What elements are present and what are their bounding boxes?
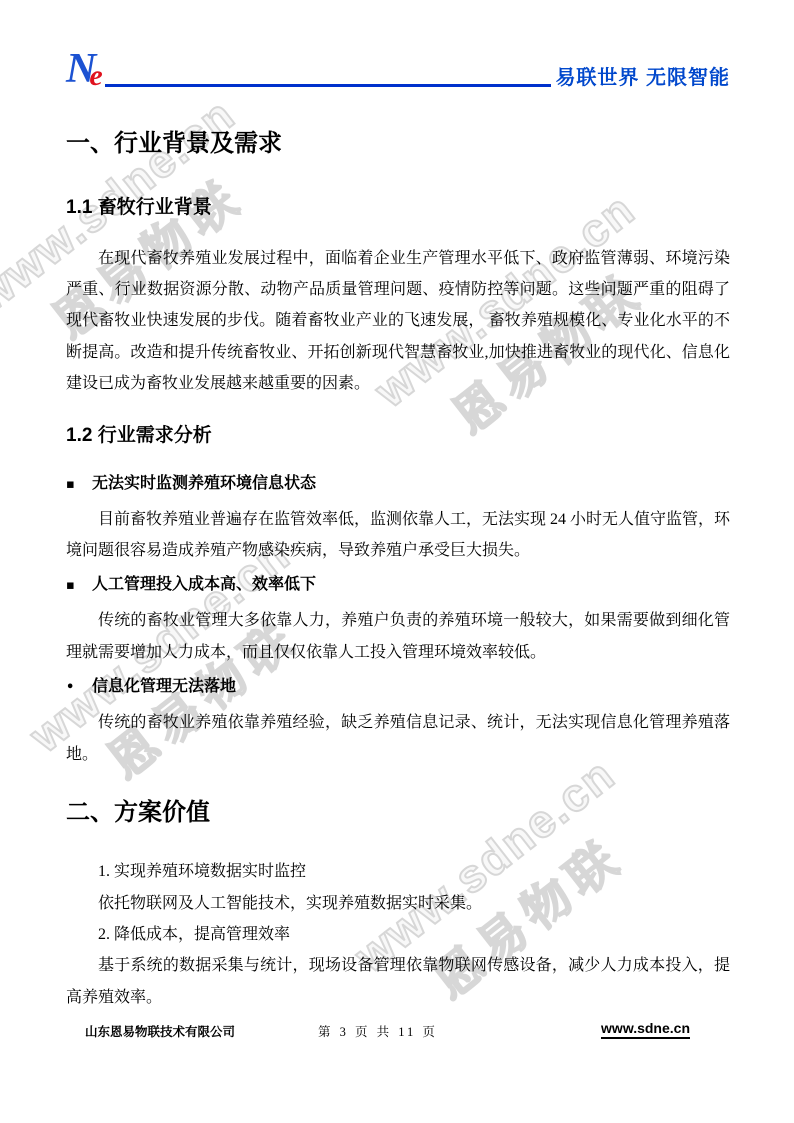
heading-industry-background: 一、行业背景及需求 xyxy=(66,129,730,159)
footer-company-name: 山东恩易物联技术有限公司 xyxy=(85,1022,235,1040)
value-item-1-body: 依托物联网及人工智能技术，实现养殖数据实时采集。 xyxy=(66,888,730,919)
page-footer: 山东恩易物联技术有限公司 第 3 页 共 11 页 www.sdne.cn xyxy=(66,1022,730,1040)
bullet-title: 无法实时监测养殖环境信息状态 xyxy=(92,473,316,495)
page-content: N e 易联世界 无限智能 一、行业背景及需求 1.1 畜牧行业背景 在现代畜牧… xyxy=(0,50,794,1013)
value-item-2-body: 基于系统的数据采集与统计，现场设备管理依靠物联网传感设备，减少人力成本投入，提高… xyxy=(66,950,730,1013)
heading-solution-value: 二、方案价值 xyxy=(66,798,730,828)
footer-website-link[interactable]: www.sdne.cn xyxy=(601,1020,690,1039)
paragraph-livestock-background: 在现代畜牧养殖业发展过程中，面临着企业生产管理水平低下、政府监管薄弱、环境污染严… xyxy=(66,243,730,400)
bullet-square-icon: ▪ xyxy=(66,575,92,597)
bullet-square-icon: ▪ xyxy=(66,474,92,496)
company-logo: N e xyxy=(66,50,103,89)
header-slogan: 易联世界 无限智能 xyxy=(555,67,730,89)
page-header: N e 易联世界 无限智能 xyxy=(66,50,730,89)
value-item-number: 2. xyxy=(98,926,110,943)
bullet-body-monitoring: 目前畜牧养殖业普遍存在监管效率低，监测依靠人工，无法实现 24 小时无人值守监管… xyxy=(66,504,730,567)
bullet-item-labor-cost: ▪ 人工管理投入成本高、效率低下 xyxy=(66,574,730,597)
bullet-title: 人工管理投入成本高、效率低下 xyxy=(92,574,316,596)
value-item-title-text: 降低成本，提高管理效率 xyxy=(114,926,290,943)
bullet-body-informatization: 传统的畜牧业养殖依靠养殖经验，缺乏养殖信息记录、统计，无法实现信息化管理养殖落地… xyxy=(66,707,730,770)
value-item-number: 1. xyxy=(98,863,110,880)
bullet-body-labor-cost: 传统的畜牧业管理大多依靠人力，养殖户负责的养殖环境一般较大，如果需要做到细化管理… xyxy=(66,605,730,668)
document-page: www.sdne.cn 恩易物联 www.sdne.cn 恩易物联 www.sd… xyxy=(0,0,794,1123)
bullet-dot-icon: • xyxy=(66,677,92,699)
logo-letter-e: e xyxy=(89,62,102,89)
value-item-1-title: 1. 实现养殖环境数据实时监控 xyxy=(66,856,730,887)
bullet-item-monitoring: ▪ 无法实时监测养殖环境信息状态 xyxy=(66,473,730,496)
bullet-item-informatization: • 信息化管理无法落地 xyxy=(66,676,730,699)
heading-demand-analysis: 1.2 行业需求分析 xyxy=(66,423,730,449)
bullet-title: 信息化管理无法落地 xyxy=(92,676,236,698)
header-rule xyxy=(105,84,552,87)
footer-page-number: 第 3 页 共 11 页 xyxy=(318,1022,438,1040)
value-item-title-text: 实现养殖环境数据实时监控 xyxy=(114,863,306,880)
heading-livestock-background: 1.1 畜牧行业背景 xyxy=(66,195,730,221)
value-item-2-title: 2. 降低成本，提高管理效率 xyxy=(66,919,730,950)
